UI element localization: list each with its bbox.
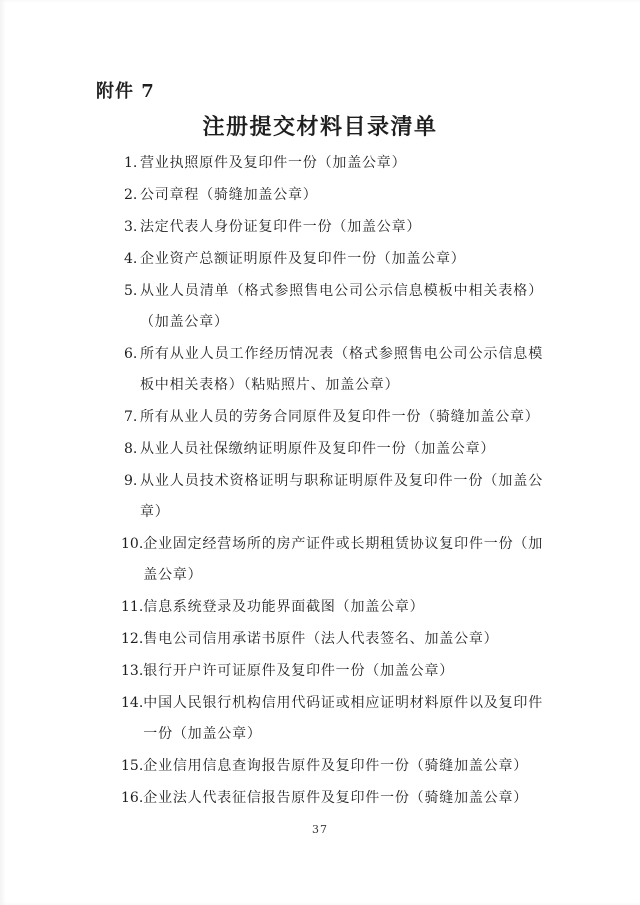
list-item-text: 信息系统登录及功能界面截图（加盖公章） xyxy=(143,592,543,623)
list-item: 14.中国人民银行机构信用代码证或相应证明材料原件以及复印件一份（加盖公章） xyxy=(121,688,543,750)
list-item-text: 企业信用信息查询报告原件及复印件一份（骑缝加盖公章） xyxy=(143,751,543,782)
list-item-number: 16. xyxy=(121,783,143,814)
list-item-number: 10. xyxy=(121,529,143,591)
list-item-number: 11. xyxy=(121,592,143,623)
list-item-number: 2. xyxy=(121,180,140,211)
list-item-text: 企业法人代表征信报告原件及复印件一份（骑缝加盖公章） xyxy=(143,783,543,814)
list-item-text: 公司章程（骑缝加盖公章） xyxy=(140,180,543,211)
list-item-number: 8. xyxy=(121,434,140,465)
list-item-number: 9. xyxy=(121,466,140,528)
list-item-text: 从业人员技术资格证明与职称证明原件及复印件一份（加盖公章） xyxy=(140,466,543,528)
list-item-number: 13. xyxy=(121,656,143,687)
list-item: 11.信息系统登录及功能界面截图（加盖公章） xyxy=(121,592,543,623)
list-item: 13.银行开户许可证原件及复印件一份（加盖公章） xyxy=(121,656,543,687)
list-item: 2.公司章程（骑缝加盖公章） xyxy=(121,180,543,211)
list-item-text: 从业人员清单（格式参照售电公司公示信息模板中相关表格）（加盖公章） xyxy=(140,276,543,338)
list-item: 7.所有从业人员的劳务合同原件及复印件一份（骑缝加盖公章） xyxy=(121,402,543,433)
list-item-text: 从业人员社保缴纳证明原件及复印件一份（加盖公章） xyxy=(140,434,543,465)
list-item-number: 15. xyxy=(121,751,143,782)
list-item-number: 1. xyxy=(121,148,140,179)
list-item-number: 6. xyxy=(121,339,140,401)
list-item-number: 14. xyxy=(121,688,143,750)
attachment-label: 附件 7 xyxy=(96,77,155,103)
list-item: 6.所有从业人员工作经历情况表（格式参照售电公司公示信息模板中相关表格）（粘贴照… xyxy=(121,339,543,401)
list-item-text: 企业固定经营场所的房产证件或长期租赁协议复印件一份（加盖公章） xyxy=(143,529,543,591)
list-item-text: 售电公司信用承诺书原件（法人代表签名、加盖公章） xyxy=(143,624,543,655)
document-page: 附件 7 注册提交材料目录清单 1.营业执照原件及复印件一份（加盖公章）2.公司… xyxy=(0,0,640,905)
list-item: 10.企业固定经营场所的房产证件或长期租赁协议复印件一份（加盖公章） xyxy=(121,529,543,591)
list-item-number: 4. xyxy=(121,244,140,275)
list-item: 3.法定代表人身份证复印件一份（加盖公章） xyxy=(121,212,543,243)
materials-list: 1.营业执照原件及复印件一份（加盖公章）2.公司章程（骑缝加盖公章）3.法定代表… xyxy=(121,148,543,815)
list-item-number: 12. xyxy=(121,624,143,655)
list-item-text: 所有从业人员工作经历情况表（格式参照售电公司公示信息模板中相关表格）（粘贴照片、… xyxy=(140,339,543,401)
list-item-text: 银行开户许可证原件及复印件一份（加盖公章） xyxy=(143,656,543,687)
list-item: 4.企业资产总额证明原件及复印件一份（加盖公章） xyxy=(121,244,543,275)
list-item-text: 法定代表人身份证复印件一份（加盖公章） xyxy=(140,212,543,243)
page-number: 37 xyxy=(0,823,640,836)
list-item: 8.从业人员社保缴纳证明原件及复印件一份（加盖公章） xyxy=(121,434,543,465)
list-item-text: 企业资产总额证明原件及复印件一份（加盖公章） xyxy=(140,244,543,275)
list-item-number: 3. xyxy=(121,212,140,243)
list-item-number: 5. xyxy=(121,276,140,338)
list-item-text: 所有从业人员的劳务合同原件及复印件一份（骑缝加盖公章） xyxy=(140,402,543,433)
list-item: 9.从业人员技术资格证明与职称证明原件及复印件一份（加盖公章） xyxy=(121,466,543,528)
page-title: 注册提交材料目录清单 xyxy=(0,110,640,141)
list-item-text: 营业执照原件及复印件一份（加盖公章） xyxy=(140,148,543,179)
list-item: 5.从业人员清单（格式参照售电公司公示信息模板中相关表格）（加盖公章） xyxy=(121,276,543,338)
list-item: 15.企业信用信息查询报告原件及复印件一份（骑缝加盖公章） xyxy=(121,751,543,782)
list-item: 12.售电公司信用承诺书原件（法人代表签名、加盖公章） xyxy=(121,624,543,655)
list-item: 1.营业执照原件及复印件一份（加盖公章） xyxy=(121,148,543,179)
list-item-text: 中国人民银行机构信用代码证或相应证明材料原件以及复印件一份（加盖公章） xyxy=(143,688,543,750)
list-item-number: 7. xyxy=(121,402,140,433)
list-item: 16.企业法人代表征信报告原件及复印件一份（骑缝加盖公章） xyxy=(121,783,543,814)
